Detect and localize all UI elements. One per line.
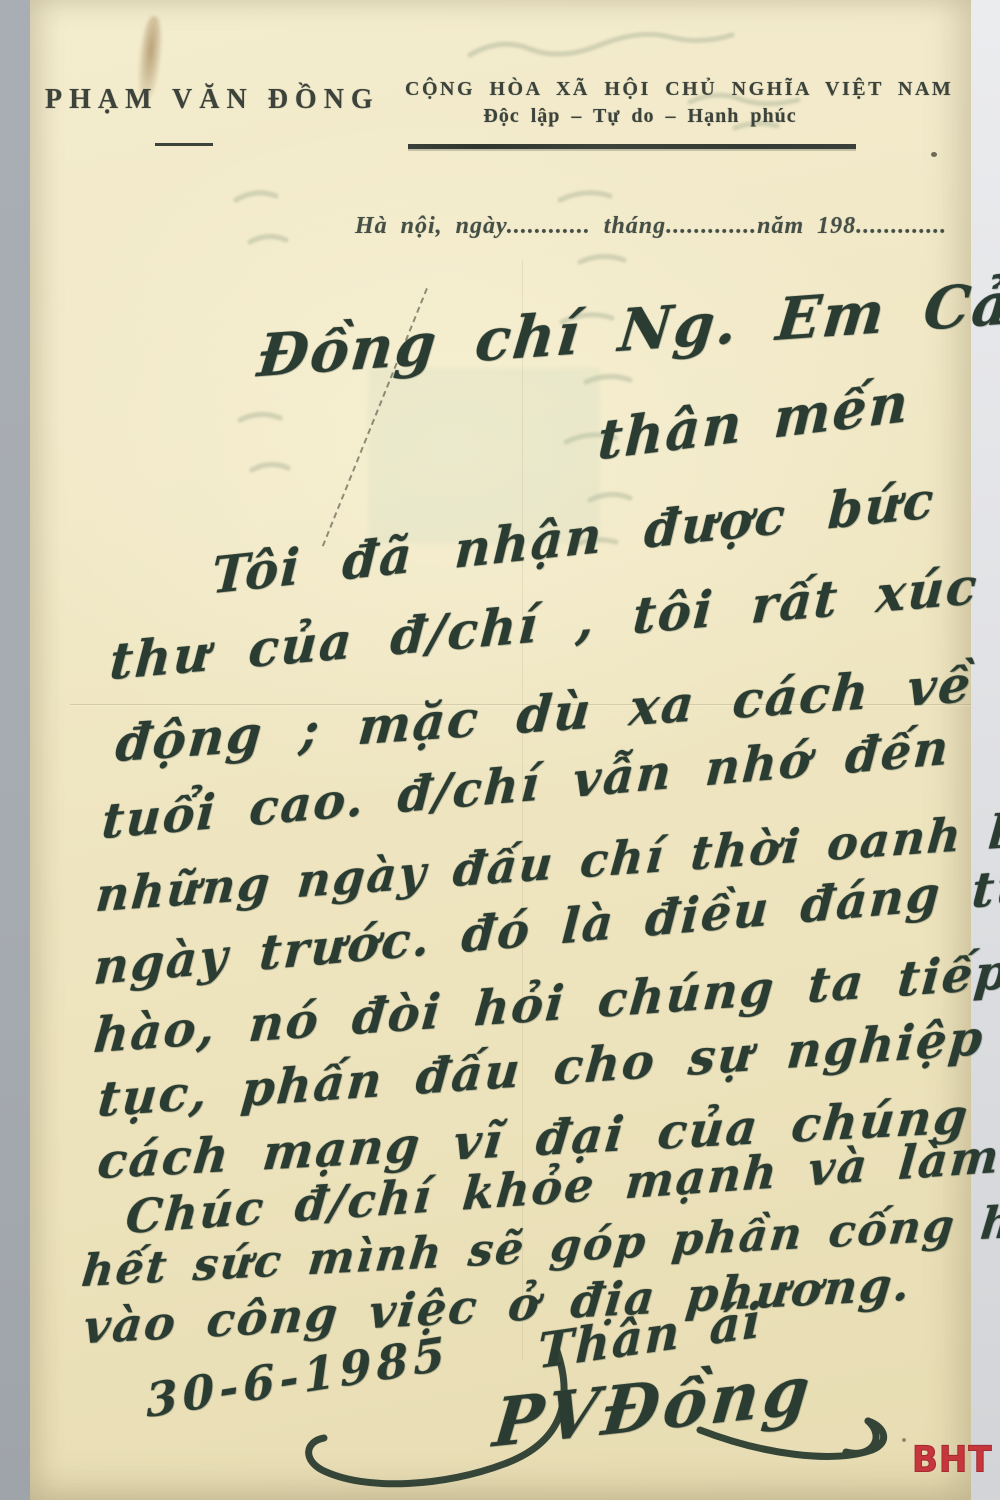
sender-underline bbox=[155, 143, 213, 146]
scan-edge-right bbox=[971, 0, 1000, 1500]
letterhead-sender-name: PHẠM VĂN ĐỒNG bbox=[45, 84, 380, 116]
motto-underline-bar bbox=[408, 144, 856, 149]
letterhead-republic-title: CỘNG HÒA XÃ HỘI CHỦ NGHĨA VIỆT NAM bbox=[405, 78, 875, 101]
printed-date-line: Hà nội, ngày............ tháng..........… bbox=[355, 213, 947, 240]
letterhead-motto: Độc lập – Tự do – Hạnh phúc bbox=[405, 105, 875, 128]
bht-watermark: BHT bbox=[912, 1439, 993, 1481]
scanned-letter-page: PHẠM VĂN ĐỒNG CỘNG HÒA XÃ HỘI CHỦ NGHĨA … bbox=[0, 0, 1000, 1500]
ink-speck bbox=[931, 152, 937, 157]
scan-edge-left bbox=[0, 0, 30, 1500]
ink-speck bbox=[902, 1438, 906, 1442]
